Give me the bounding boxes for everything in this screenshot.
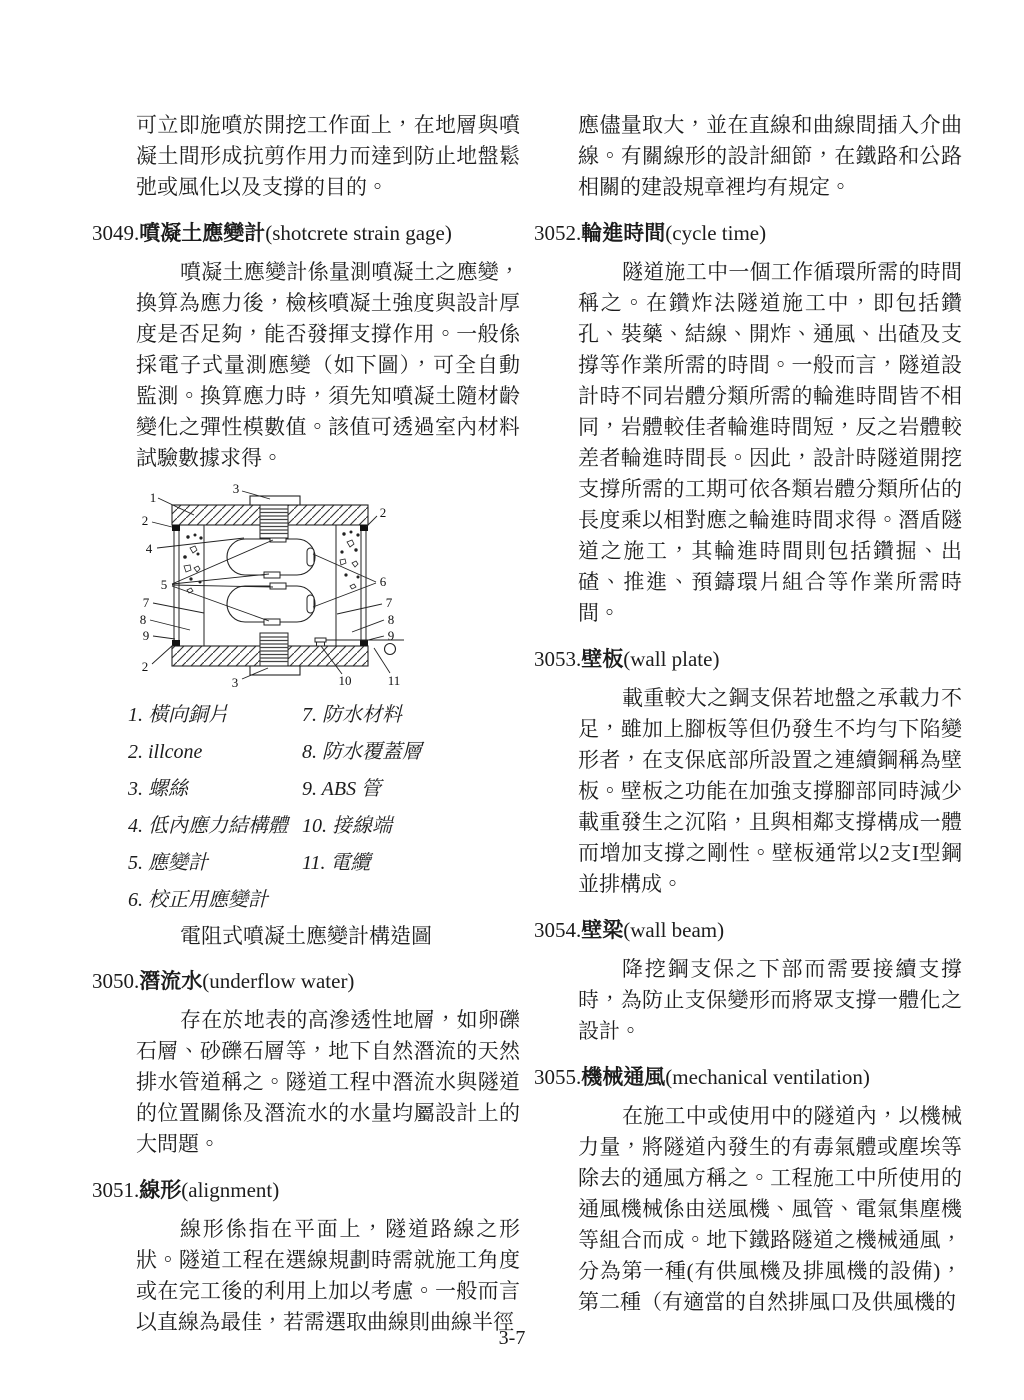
- section-body-3050: 存在於地表的高滲透性地層，如卵礫石層、砂礫石層等，地下自然潛流的天然排水管道稱之…: [136, 1005, 520, 1160]
- term-zh: 壁板: [581, 647, 623, 671]
- section-number: 3053.: [534, 647, 581, 671]
- callout-9-left: 9: [143, 628, 150, 643]
- legend-item: 1. 橫向銅片: [128, 697, 302, 734]
- callout-7-left: 7: [143, 595, 150, 610]
- term-en: (underflow water): [202, 969, 354, 993]
- section-body-3051: 線形係指在平面上，隧道路線之形狀。隧道工程在選線規劃時需就施工角度或在完工後的利…: [136, 1214, 520, 1338]
- callout-1: 1: [150, 490, 157, 505]
- legend-column-left: 1. 橫向銅片 2. illcone 3. 螺絲 4. 低內應力結構體 5. 應…: [128, 697, 302, 919]
- term-en: (cycle time): [665, 221, 766, 245]
- callout-3-bottom: 3: [232, 675, 239, 689]
- term-zh: 機械通風: [581, 1065, 665, 1089]
- legend-item: 4. 低內應力結構體: [128, 808, 302, 845]
- callout-6: 6: [380, 574, 387, 589]
- callout-2-right: 2: [380, 505, 387, 520]
- section-number: 3051.: [92, 1178, 139, 1202]
- two-column-layout: 可立即施噴於開挖工作面上，在地層與噴凝土間形成抗剪作用力而達到防止地盤鬆弛或風化…: [0, 0, 1024, 1338]
- section-number: 3049.: [92, 221, 139, 245]
- section-heading-3055: 3055.機械通風(mechanical ventilation): [534, 1062, 962, 1093]
- callout-5: 5: [161, 577, 168, 592]
- section-heading-3051: 3051.線形(alignment): [92, 1175, 520, 1206]
- right-column: 應儘量取大，並在直線和曲線間插入介曲線。有關線形的設計細節，在鐵路和公路相關的建…: [534, 110, 962, 1338]
- section-heading-3049: 3049.噴凝土應變計(shotcrete strain gage): [92, 218, 520, 249]
- term-en: (wall beam): [623, 918, 724, 942]
- section-number: 3055.: [534, 1065, 581, 1089]
- term-zh: 壁梁: [581, 918, 623, 942]
- legend-item: 3. 螺絲: [128, 771, 302, 808]
- callout-8-right: 8: [388, 612, 395, 627]
- figure-legend: 1. 橫向銅片 2. illcone 3. 螺絲 4. 低內應力結構體 5. 應…: [128, 697, 520, 919]
- legend-item: 8. 防水覆蓋層: [302, 734, 422, 771]
- left-column: 可立即施噴於開挖工作面上，在地層與噴凝土間形成抗剪作用力而達到防止地盤鬆弛或風化…: [92, 110, 520, 1338]
- callout-11: 11: [388, 673, 401, 688]
- seal-bottom-left: [172, 640, 180, 646]
- section-number: 3052.: [534, 221, 581, 245]
- figure-caption: 電阻式噴凝土應變計構造圖: [92, 921, 520, 951]
- page-number: 3-7: [0, 1327, 1024, 1350]
- section-body-3053: 載重較大之鋼支保若地盤之承載力不足，雖加上腳板等但仍發生不均勻下陷變形者，在支保…: [578, 683, 962, 900]
- term-en: (wall plate): [623, 647, 719, 671]
- legend-item: 6. 校正用應變計: [128, 882, 302, 919]
- section-body-3052: 隧道施工中一個工作循環所需的時間稱之。在鑽炸法隧道施工中，即包括鑽孔、裝藥、結線…: [578, 257, 962, 629]
- continued-paragraph: 可立即施噴於開挖工作面上，在地層與噴凝土間形成抗剪作用力而達到防止地盤鬆弛或風化…: [136, 110, 520, 203]
- callout-2-bottom: 2: [142, 659, 149, 674]
- section-number: 3054.: [534, 918, 581, 942]
- term-zh: 輪進時間: [581, 221, 665, 245]
- section-body-3049: 噴凝土應變計係量測噴凝土之應變，換算為應力後，檢核噴凝土強度與設計厚度是否足夠，…: [136, 257, 520, 474]
- legend-item: 5. 應變計: [128, 845, 302, 882]
- legend-column-right: 7. 防水材料 8. 防水覆蓋層 9. ABS 管 10. 接線端 11. 電纜: [302, 697, 422, 919]
- section-heading-3053: 3053.壁板(wall plate): [534, 644, 962, 675]
- term-en: (shotcrete strain gage): [265, 221, 452, 245]
- section-number: 3050.: [92, 969, 139, 993]
- section-heading-3052: 3052.輪進時間(cycle time): [534, 218, 962, 249]
- callout-3: 3: [233, 482, 240, 496]
- term-en: (alignment): [181, 1178, 279, 1202]
- callout-8-left: 8: [140, 612, 147, 627]
- section-body-3054: 降挖鋼支保之下部而需要接續支撐時，為防止支保變形而將眾支撐一體化之設計。: [578, 954, 962, 1047]
- document-page: 可立即施噴於開挖工作面上，在地層與噴凝土間形成抗剪作用力而達到防止地盤鬆弛或風化…: [0, 0, 1024, 1400]
- section-heading-3054: 3054.壁梁(wall beam): [534, 915, 962, 946]
- seal-top-left: [172, 525, 180, 531]
- legend-item: 9. ABS 管: [302, 771, 422, 808]
- legend-item: 10. 接線端: [302, 808, 422, 845]
- legend-item: 7. 防水材料: [302, 697, 422, 734]
- callout-10: 10: [339, 673, 352, 688]
- callout-9-right: 9: [388, 628, 395, 643]
- seal-bottom-right: [360, 640, 368, 646]
- gauge-capsule-lower: [227, 586, 315, 622]
- section-body-3055: 在施工中或使用中的隧道內，以機械力量，將隧道內發生的有毒氣體或塵埃等除去的通風方…: [578, 1101, 962, 1318]
- gauge-capsule-upper: [227, 539, 315, 575]
- section-heading-3050: 3050.潛流水(underflow water): [92, 966, 520, 997]
- aggregate-right: [340, 531, 359, 589]
- continued-paragraph: 應儘量取大，並在直線和曲線間插入介曲線。有關線形的設計細節，在鐵路和公路相關的建…: [578, 110, 962, 203]
- callout-2: 2: [142, 513, 149, 528]
- strain-gage-figure: 1 2 3 2 4 5 6 7 7 8 8 9 9 2 3: [92, 482, 520, 951]
- callout-4: 4: [146, 541, 153, 556]
- strain-gage-diagram: 1 2 3 2 4 5 6 7 7 8 8 9 9 2 3: [132, 482, 422, 689]
- term-en: (mechanical ventilation): [665, 1065, 870, 1089]
- legend-item: 2. illcone: [128, 734, 302, 771]
- legend-item: 11. 電纜: [302, 845, 422, 882]
- term-zh: 噴凝土應變計: [139, 221, 265, 245]
- term-zh: 線形: [139, 1178, 181, 1202]
- term-zh: 潛流水: [139, 969, 202, 993]
- callout-7-right: 7: [386, 595, 393, 610]
